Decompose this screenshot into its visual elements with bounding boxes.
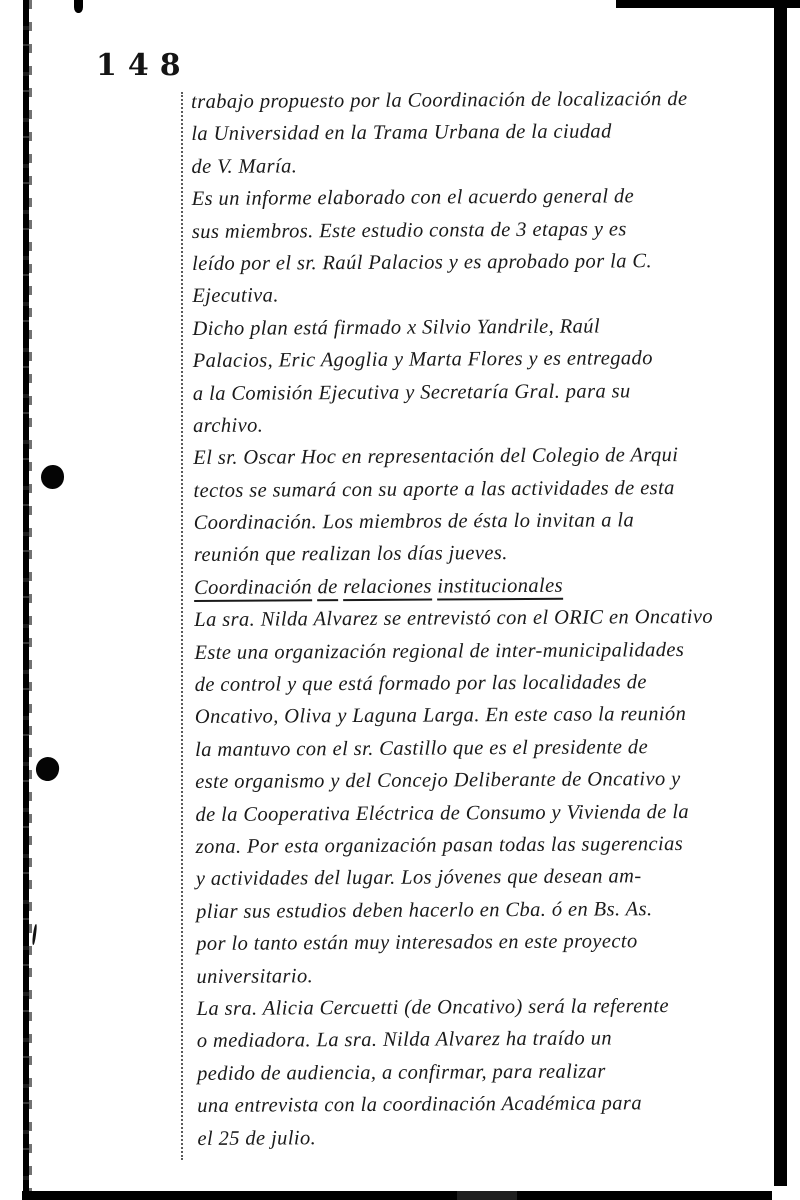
- text-line: de control y que está formado por las lo…: [195, 665, 795, 701]
- text-line: Dicho plan está firmado x Silvio Yandril…: [192, 309, 792, 345]
- text-line: la mantuvo con el sr. Castillo que es el…: [195, 730, 795, 766]
- scanned-page: { "page": { "number": "148" }, "colors":…: [0, 0, 800, 1200]
- text-line: Coordinación de relaciones institucional…: [194, 568, 794, 604]
- handwritten-text: trabajo propuesto por la Coordinación de…: [191, 82, 798, 1155]
- text-line: pedido de audiencia, a confirmar, para r…: [197, 1054, 797, 1090]
- hole-punch-top: [41, 465, 64, 489]
- scan-edge-left-fray: [29, 0, 32, 1200]
- hole-punch-bottom: [34, 755, 61, 783]
- text-line: a la Comisión Ejecutiva y Secretaría Gra…: [193, 374, 793, 410]
- text-line: sus miembros. Este estudio consta de 3 e…: [192, 212, 792, 248]
- text-line: Es un informe elaborado con el acuerdo g…: [192, 180, 792, 216]
- text-line: la Universidad en la Trama Urbana de la …: [191, 115, 791, 151]
- scan-border-bottom: [22, 1191, 772, 1200]
- text-line: La sra. Alicia Cercuetti (de Oncativo) s…: [197, 989, 797, 1025]
- text-line: Oncativo, Oliva y Laguna Larga. En este …: [195, 698, 795, 734]
- text-line: de V. María.: [191, 147, 791, 183]
- text-line: este organismo y del Concejo Deliberante…: [195, 763, 795, 799]
- text-line: Este una organización regional de inter-…: [194, 633, 794, 669]
- text-line: universitario.: [196, 957, 796, 993]
- text-line: por lo tanto están muy interesados en es…: [196, 924, 796, 960]
- text-line: Palacios, Eric Agoglia y Marta Flores y …: [193, 341, 793, 377]
- text-line: Ejecutiva.: [192, 277, 792, 313]
- text-line: el 25 de julio.: [197, 1119, 797, 1155]
- text-line: zona. Por esta organización pasan todas …: [196, 827, 796, 863]
- text-line: leído por el sr. Raúl Palacios y es apro…: [192, 244, 792, 280]
- text-line: una entrevista con la coordinación Acadé…: [197, 1086, 797, 1122]
- text-line: La sra. Nilda Alvarez se entrevistó con …: [194, 601, 794, 637]
- pen-tick-mark: [32, 924, 38, 945]
- text-line: El sr. Oscar Hoc en representación del C…: [193, 439, 793, 475]
- text-line: y actividades del lugar. Los jóvenes que…: [196, 860, 796, 896]
- text-line: o mediadora. La sra. Nilda Alvarez ha tr…: [197, 1022, 797, 1058]
- text-line: tectos se sumará con su aporte a las act…: [193, 471, 793, 507]
- margin-rule: [181, 92, 183, 1160]
- text-line: de la Cooperativa Eléctrica de Consumo y…: [195, 795, 795, 831]
- text-line: reunión que realizan los días jueves.: [194, 536, 794, 572]
- text-line: trabajo propuesto por la Coordinación de…: [191, 82, 791, 118]
- text-line: archivo.: [193, 406, 793, 442]
- page-number: 148: [96, 48, 192, 83]
- text-line: pliar sus estudios deben hacerlo en Cba.…: [196, 892, 796, 928]
- scan-speckle: [74, 0, 83, 13]
- scan-border-top-right: [616, 0, 800, 8]
- text-line: Coordinación. Los miembros de ésta lo in…: [194, 503, 794, 539]
